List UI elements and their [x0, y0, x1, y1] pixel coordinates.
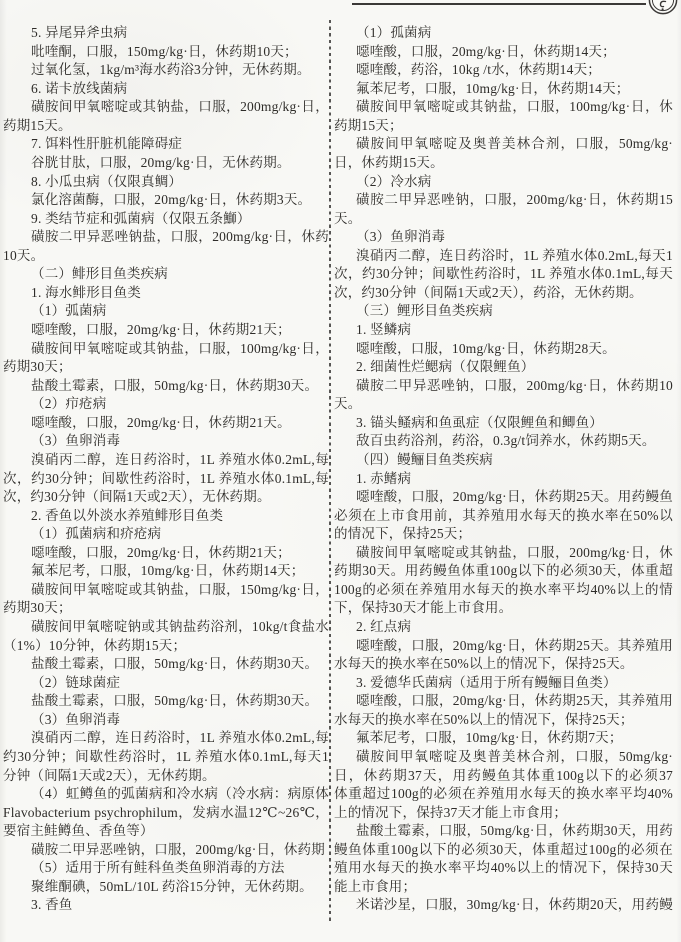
- text-line: 磺胺二甲异恶唑钠，口服，200mg/kg·日，休药期15: [334, 191, 673, 210]
- text-line: 1. 赤鳍病: [334, 470, 673, 489]
- text-line: 殖用水每天的换水率平均40%以上的情况下，保持30天才: [334, 859, 673, 878]
- text-line: （二）鲱形目鱼类疾病: [3, 265, 329, 284]
- text-line: （2）链球菌症: [3, 674, 329, 693]
- text-line: 2. 红点病: [334, 618, 673, 637]
- header-rule: [352, 3, 646, 5]
- text-line: 10天。: [3, 247, 329, 266]
- text-line: 药期30天；: [3, 599, 329, 618]
- text-line: 水每天的换水率在50%以上的情况下，保持25天。: [334, 655, 673, 674]
- text-line: 次，约30分钟；间歇性药浴时，1L 养殖水体0.1mL,每天1: [3, 470, 329, 489]
- text-line: 氟苯尼考，口服，10mg/kg·日，休药期14天；: [334, 80, 673, 99]
- text-line: 的情况下，保持25天；: [334, 525, 673, 544]
- text-line: 上的情况下，保持37天才能上市食用；: [334, 804, 673, 823]
- text-line: 体重超过100g的必须在养殖用水每天的换水率平均40%以: [334, 785, 673, 804]
- text-line: （2）冷水病: [334, 173, 673, 192]
- text-line: 能上市食用；: [334, 878, 673, 897]
- text-line: 磺胺二甲异恶唑钠，口服，200mg/kg·日，休药期10: [334, 377, 673, 396]
- text-line: 磺胺间甲氧嘧啶或其钠盐，口服，150mg/kg·日，休: [3, 581, 329, 600]
- column-divider: [329, 20, 331, 922]
- text-line: 磺胺间甲氧嘧啶或其钠盐，口服，100mg/kg·日，休: [334, 98, 673, 117]
- text-line: 鳗鱼体重100g以下的必须30天，体重超过100g的必须在养: [334, 841, 673, 860]
- text-line: 日，休药期37天，用药鳗鱼其体重100g以下的必须37天，: [334, 767, 673, 786]
- text-line: 3. 锚头鳋病和鱼虱症（仅限鲤鱼和鲫鱼）: [334, 414, 673, 433]
- text-line: 天。: [334, 395, 673, 414]
- text-line: 聚维酮碘，50mL/10L 药浴15分钟，无休药期。: [3, 878, 329, 897]
- text-line: 噁喹酸，口服，20mg/kg·日，休药期25天，其养殖用: [334, 692, 673, 711]
- text-line: （5）适用于所有鲑科鱼类鱼卵消毒的方法: [3, 859, 329, 878]
- text-line: 磺胺间甲氧嘧啶钠或其钠盐药浴剂，10kg/t食盐水: [3, 618, 329, 637]
- text-line: 药期15天。: [3, 117, 329, 136]
- text-line: （1%）10分钟，休药期15天；: [3, 637, 329, 656]
- text-line: 磺胺间甲氧嘧啶及奥普美林合剂，口服，50mg/kg·: [334, 748, 673, 767]
- scanned-page: 5. 异尾异斧虫病吡喹酮，口服，150mg/kg·日，休药期10天；过氧化氢，1…: [0, 0, 681, 942]
- text-line: （1）弧菌病: [3, 302, 329, 321]
- text-line: 氟苯尼考，口服，10mg/kg·日，休药期7天；: [334, 729, 673, 748]
- text-line: 噁喹酸，口服，20mg/kg·日，休药期25天。其养殖用: [334, 637, 673, 656]
- text-line: 9. 类结节症和弧菌病（仅限五条鰤）: [3, 210, 329, 229]
- text-line: 噁喹酸，口服，10mg/kg·日，休药期28天。: [334, 340, 673, 359]
- text-line: 3. 香鱼: [3, 896, 329, 915]
- text-line: 溴硝丙二醇，连日药浴时，1L 养殖水体0.2mL,每天1: [334, 247, 673, 266]
- text-line: 水每天的换水率在50%以上的情况下，保持25天；: [334, 711, 673, 730]
- text-line: 1. 竖鳞病: [334, 321, 673, 340]
- text-line: 盐酸土霉素，口服，50mg/kg·日，休药期30天。: [3, 692, 329, 711]
- text-line: 氯化溶菌酶，口服，20mg/kg·日，休药期3天。: [3, 191, 329, 210]
- text-line: 磺胺二甲异恶唑钠，口服，200mg/kg·日，休药期15天。: [3, 841, 329, 860]
- text-line: Flavobacterium psychrophilum，发病水温12℃~26℃…: [3, 804, 329, 823]
- text-line: （2）疖疮病: [3, 395, 329, 414]
- text-line: 磺胺二甲异恶唑钠盐，口服，200mg/kg·日，休药期: [3, 228, 329, 247]
- text-line: 盐酸土霉素，口服，50mg/kg·日，休药期30天，用药: [334, 822, 673, 841]
- text-line: （三）鲤形目鱼类疾病: [334, 302, 673, 321]
- text-line: 必须在上市食用前，其养殖用水每天的换水率在50%以上: [334, 507, 673, 526]
- text-line: 8. 小瓜虫病（仅限真鲷）: [3, 173, 329, 192]
- text-line: 2. 香鱼以外淡水养殖鲱形目鱼类: [3, 507, 329, 526]
- text-line: 溴硝丙二醇，连日药浴时，1L 养殖水体0.2mL,每天1: [3, 451, 329, 470]
- text-line: 次，约30分钟（间隔1天或2天），无休药期。: [3, 488, 329, 507]
- text-line: 约30分钟；间歇性药浴时，1L 养殖水体0.1mL,每天1次，约30: [3, 748, 329, 767]
- text-line: 药期15天；: [334, 117, 673, 136]
- text-line: 磺胺间甲氧嘧啶或其钠盐，口服，200mg/kg·日，休: [334, 544, 673, 563]
- text-line: （1）孤菌病: [334, 24, 673, 43]
- text-line: 天。: [334, 210, 673, 229]
- text-line: 过氧化氢，1kg/m³海水药浴3分钟，无休药期。: [3, 61, 329, 80]
- text-line: 磺胺间甲氧嘧啶或其钠盐，口服，100mg/kg·日，休: [3, 340, 329, 359]
- left-column: 5. 异尾异斧虫病吡喹酮，口服，150mg/kg·日，休药期10天；过氧化氢，1…: [3, 24, 329, 915]
- text-line: 日，休药期15天。: [334, 154, 673, 173]
- text-line: （3）鱼卵消毒: [3, 711, 329, 730]
- text-line: 次，约30分钟（间隔1天或2天），药浴，无休药期。: [334, 284, 673, 303]
- text-line: 药期30天；: [3, 358, 329, 377]
- text-line: 盐酸土霉素，口服，50mg/kg·日，休药期30天。: [3, 655, 329, 674]
- text-line: 次，约30分钟；间歇性药浴时，1L 养殖水体0.1mL,每天1: [334, 265, 673, 284]
- text-line: 要宿主鲑鳟鱼、香鱼等）: [3, 822, 329, 841]
- text-line: 药期30天。用药鳗鱼体重100g以下的必须30天，体重超过: [334, 562, 673, 581]
- text-line: 噁喹酸，药浴，10kg /t水，休药期14天；: [334, 61, 673, 80]
- text-line: 磺胺间甲氧嘧啶或其钠盐，口服，200mg/kg·日，休: [3, 98, 329, 117]
- text-line: （四）鳗鲡目鱼类疾病: [334, 451, 673, 470]
- text-line: 下，保持30天才能上市食用。: [334, 599, 673, 618]
- text-line: 噁喹酸，口服，20mg/kg·日，休药期21天。: [3, 414, 329, 433]
- text-line: 氟苯尼考，口服，10mg/kg·日，休药期14天；: [3, 562, 329, 581]
- right-column: （1）孤菌病噁喹酸，口服，20mg/kg·日，休药期14天；噁喹酸，药浴，10k…: [334, 24, 673, 915]
- text-line: （3）鱼卵消毒: [334, 228, 673, 247]
- text-line: 噁喹酸，口服，20mg/kg·日，休药期14天；: [334, 43, 673, 62]
- text-line: 100g的必须在养殖用水每天的换水率平均40%以上的情况: [334, 581, 673, 600]
- text-line: 7. 饵料性肝脏机能障碍症: [3, 135, 329, 154]
- text-line: 6. 诺卡放线菌病: [3, 80, 329, 99]
- text-line: 磺胺间甲氧嘧啶及奥普美林合剂，口服，50mg/kg·: [334, 135, 673, 154]
- text-line: 盐酸土霉素，口服，50mg/kg·日，休药期30天。: [3, 377, 329, 396]
- text-line: 1. 海水鲱形目鱼类: [3, 284, 329, 303]
- text-line: 3. 爱德华氏菌病（适用于所有鳗鲡目鱼类）: [334, 674, 673, 693]
- text-line: 噁喹酸，口服，20mg/kg·日，休药期21天；: [3, 544, 329, 563]
- text-line: 敌百虫药浴剂，药浴，0.3g/t饲养水，休药期5天。: [334, 432, 673, 451]
- text-line: 谷胱甘肽，口服，20mg/kg·日，无休药期。: [3, 154, 329, 173]
- text-line: 溴硝丙二醇，连日药浴时，1L 养殖水体0.2mL,每天1次，: [3, 729, 329, 748]
- text-line: 分钟（间隔1天或2天），无休药期。: [3, 767, 329, 786]
- text-line: 2. 细菌性烂鳃病（仅限鲤鱼）: [334, 358, 673, 377]
- text-line: （3）鱼卵消毒: [3, 432, 329, 451]
- text-line: 5. 异尾异斧虫病: [3, 24, 329, 43]
- text-line: 吡喹酮，口服，150mg/kg·日，休药期10天；: [3, 43, 329, 62]
- text-line: 噁喹酸，口服，20mg/kg·日，休药期25天。用药鳗鱼: [334, 488, 673, 507]
- text-line: 米诺沙星，口服，30mg/kg·日，休药期20天，用药鳗: [334, 896, 673, 915]
- text-line: 噁喹酸，口服，20mg/kg·日，休药期21天；: [3, 321, 329, 340]
- text-line: （4）虹鳟鱼的弧菌病和冷水病（冷水病：病原体为: [3, 785, 329, 804]
- text-line: （1）孤菌病和疥疮病: [3, 525, 329, 544]
